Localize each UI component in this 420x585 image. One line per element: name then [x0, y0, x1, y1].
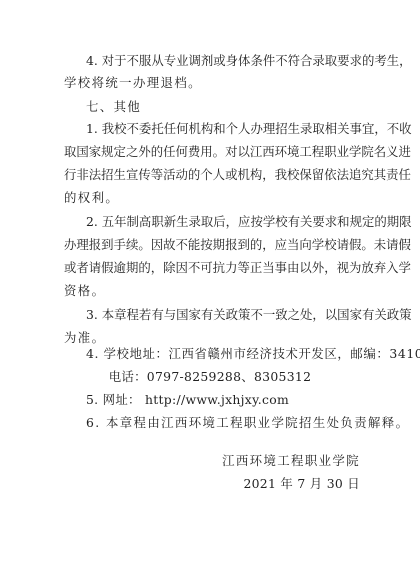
document-page: 4. 对于不服从专业调剂或身体条件不符合录取要求的考生， 学校将统一办理退档。 …	[0, 0, 420, 585]
paragraph-line: 或者请假逾期的，除因不可抗力等正当事由以外，视为放弃入学	[64, 260, 360, 276]
paragraph-line: 1. 我校不委托任何机构和个人办理招生录取相关事宜，不收	[86, 121, 360, 137]
paragraph-line: 取国家规定之外的任何费用。对以江西环境工程职业学院名义进	[64, 144, 360, 160]
paragraph-line: 为准。	[64, 330, 360, 346]
paragraph-line: 行非法招生宣传等活动的个人或机构，我校保留依法追究其责任	[64, 167, 360, 183]
paragraph-line: 学校将统一办理退档。	[64, 75, 360, 91]
signature-org: 江西环境工程职业学院	[0, 453, 360, 469]
paragraph-line: 的权利。	[64, 190, 360, 206]
paragraph-line: 办理报到手续。因故不能按期报到的，应当向学校请假。未请假	[64, 237, 360, 253]
paragraph-line: 6. 本章程由江西环境工程职业学院招生处负责解释。	[86, 415, 360, 431]
paragraph-line: 资格。	[64, 283, 360, 299]
paragraph-line: 3. 本章程若有与国家有关政策不一致之处，以国家有关政策	[86, 307, 360, 323]
phone-line: 电话：0797-8259288、8305312	[0, 369, 420, 385]
paragraph-line: 2. 五年制高职新生录取后，应按学校有关要求和规定的期限	[86, 214, 360, 230]
signature-date: 2021 年 7 月 30 日	[0, 476, 360, 492]
website-line: 5. 网址： http://www.jxhjxy.com	[86, 392, 360, 408]
address-line: 4. 学校地址：江西省赣州市经济技术开发区，邮编：341000	[86, 346, 368, 362]
paragraph-line: 4. 对于不服从专业调剂或身体条件不符合录取要求的考生，	[86, 53, 360, 69]
section-heading: 七、其他	[86, 99, 360, 115]
